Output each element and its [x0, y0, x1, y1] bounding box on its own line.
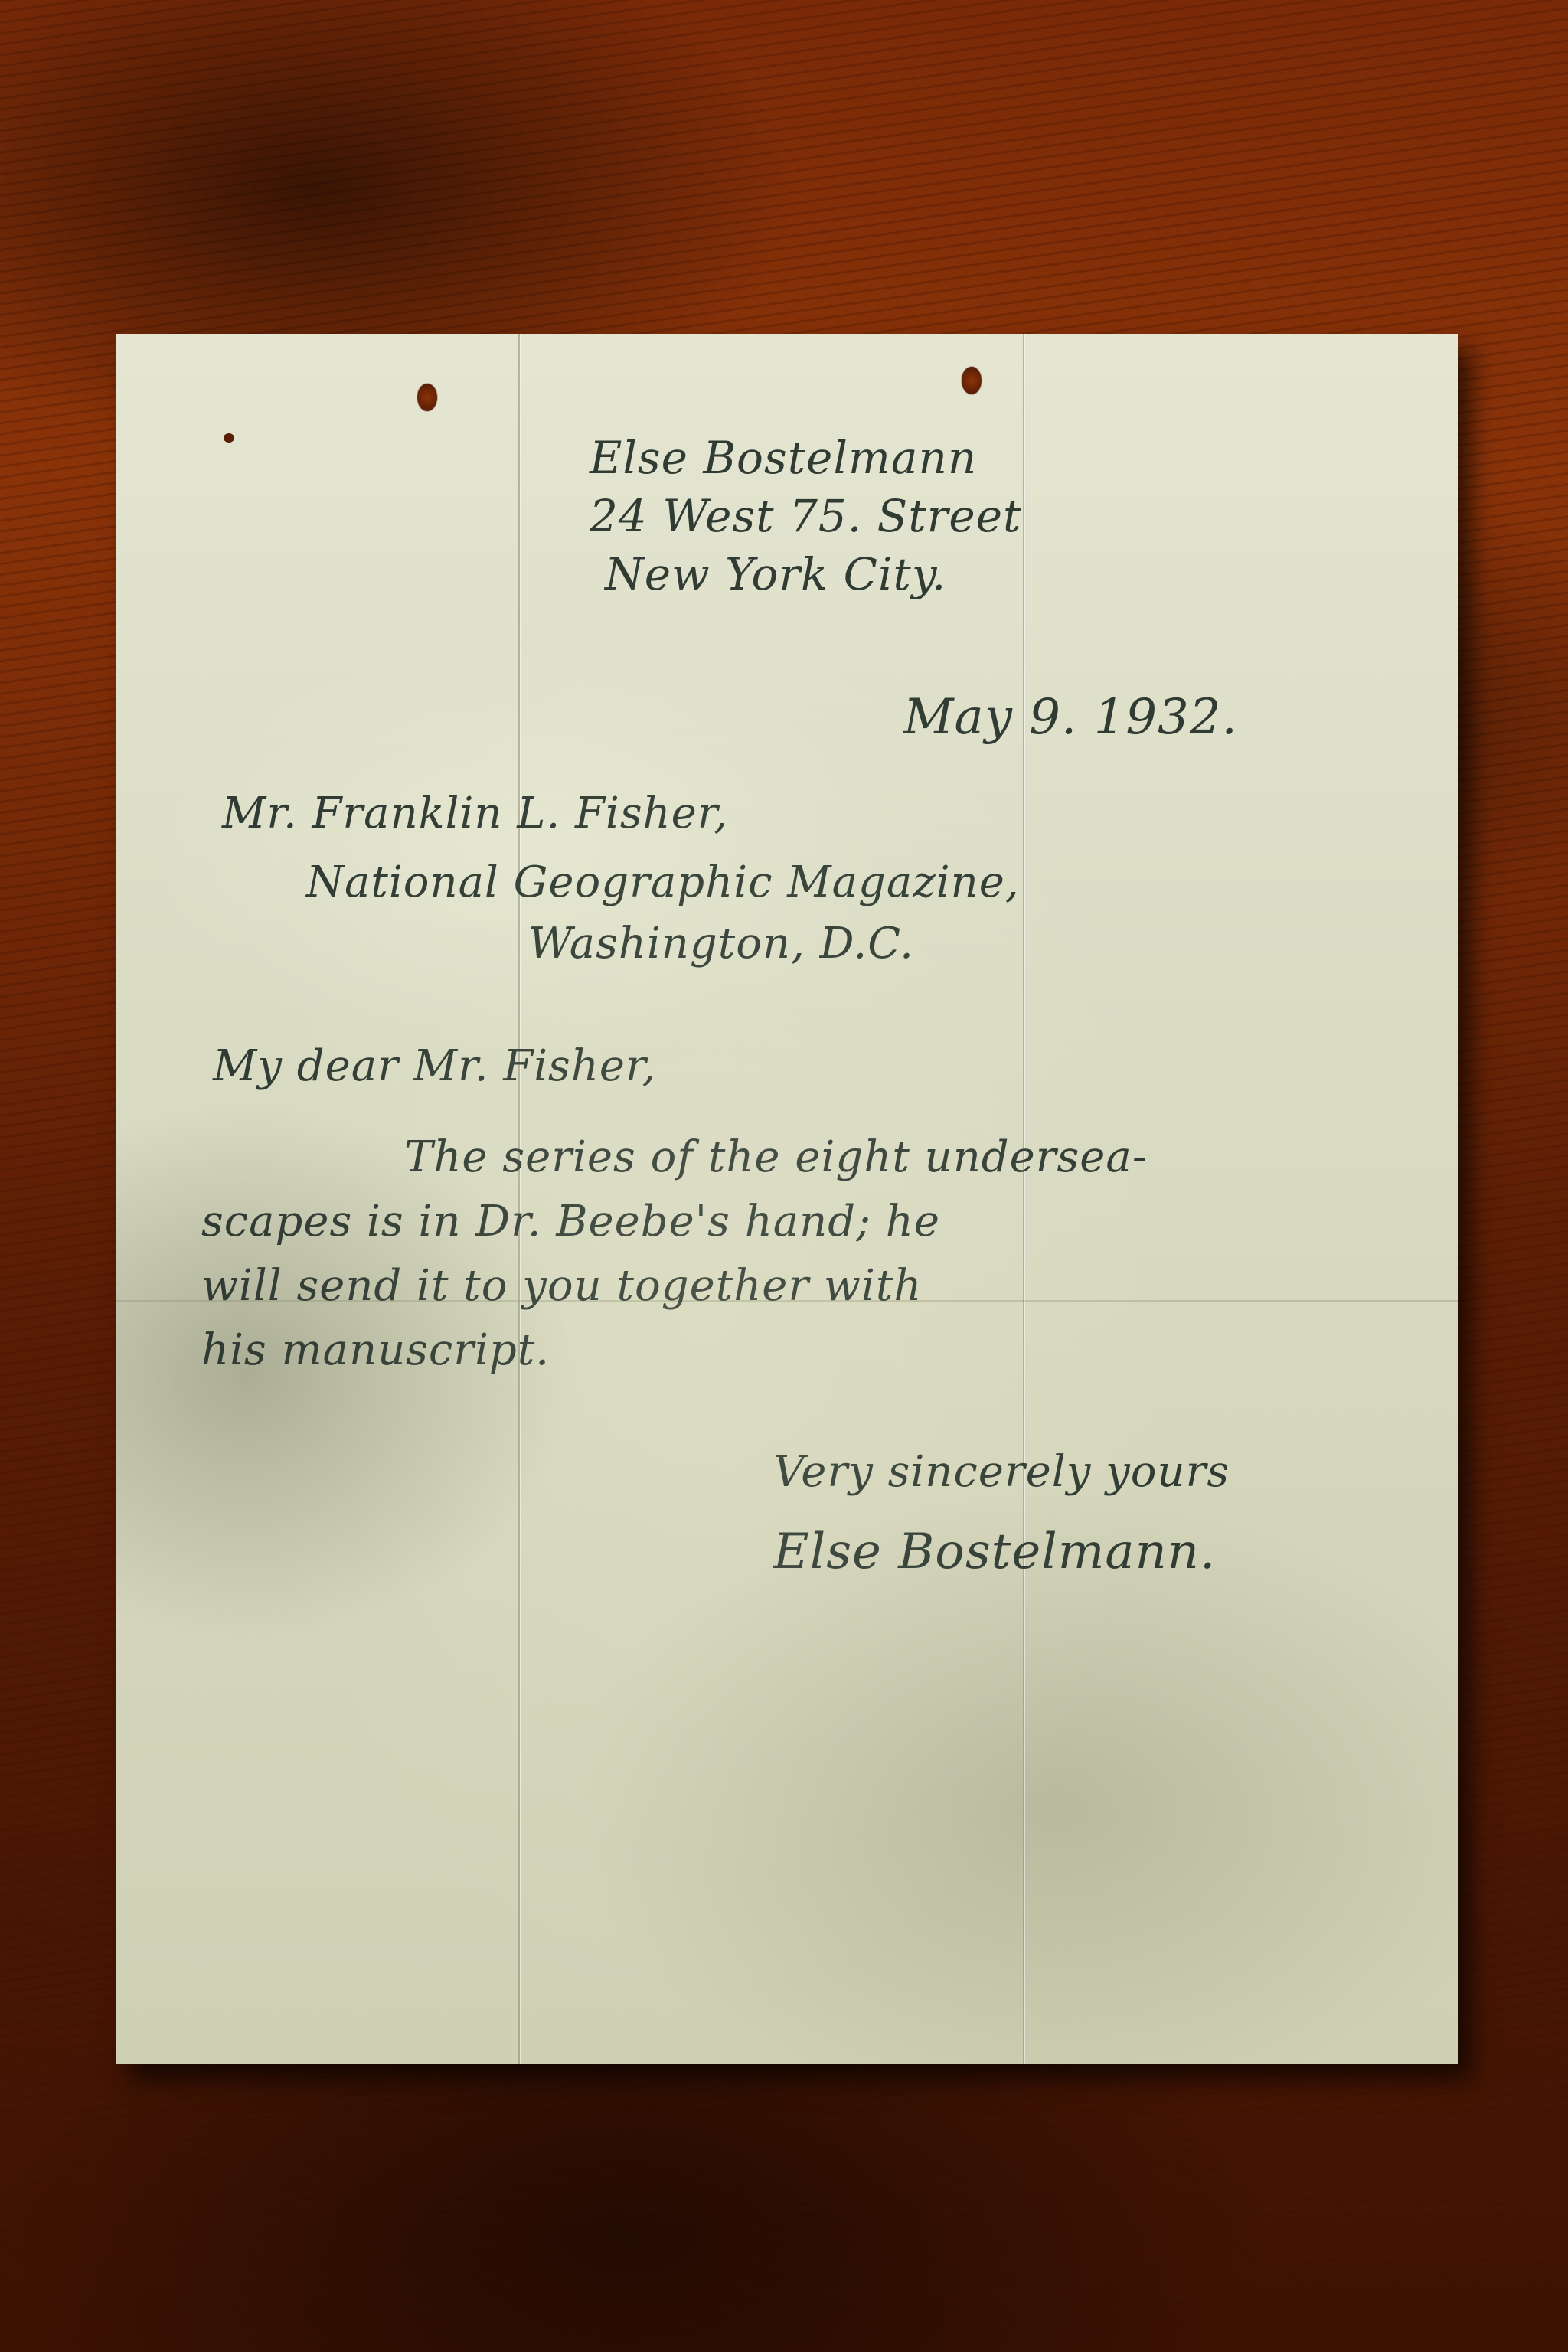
body-line: will send it to you together with — [201, 1254, 1148, 1318]
body-line: The series of the eight undersea- — [404, 1125, 1148, 1190]
recipient-city: Washington, D.C. — [528, 919, 914, 969]
letter-body: The series of the eight undersea- scapes… — [404, 1125, 1148, 1383]
sender-street: 24 West 75. Street — [590, 487, 1021, 545]
tack-hole-icon — [224, 433, 234, 443]
recipient-name: Mr. Franklin L. Fisher, — [222, 789, 728, 838]
letterhead: Else Bostelmann 24 West 75. Street New Y… — [590, 429, 1021, 603]
punch-hole-icon — [961, 366, 982, 395]
sender-name: Else Bostelmann — [590, 429, 1021, 487]
punch-hole-icon — [416, 383, 438, 412]
sender-city: New York City. — [605, 545, 1021, 603]
body-line: scapes is in Dr. Beebe's hand; he — [201, 1190, 1148, 1254]
salutation: My dear Mr. Fisher, — [213, 1041, 656, 1091]
signature: Else Bostelmann. — [773, 1524, 1216, 1580]
closing: Very sincerely yours — [773, 1447, 1230, 1497]
letter-date: May 9. 1932. — [903, 689, 1238, 746]
recipient-organization: National Geographic Magazine, — [306, 857, 1020, 907]
body-line: his manuscript. — [201, 1318, 1148, 1383]
